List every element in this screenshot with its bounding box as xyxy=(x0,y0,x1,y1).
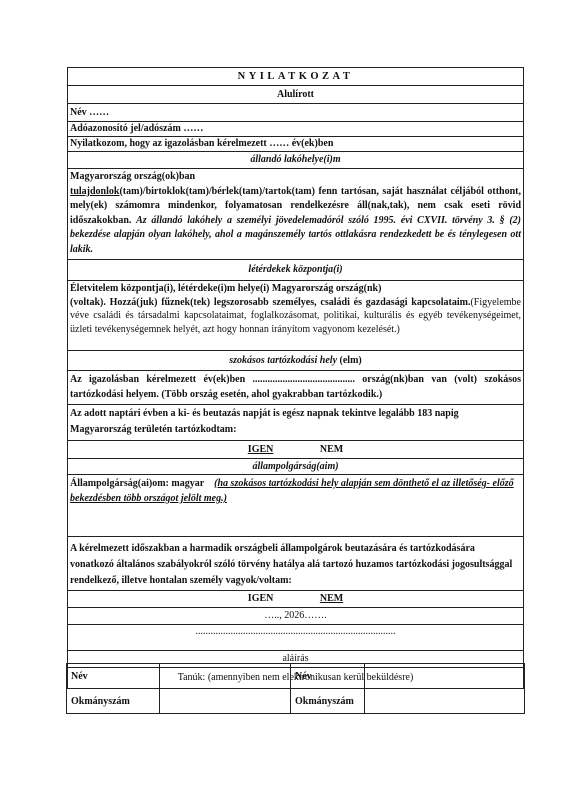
name-line[interactable]: Név …… xyxy=(68,104,523,122)
form-title: NYILATKOZAT xyxy=(68,68,523,86)
vital-interests-heading: létérdekek központja(i) xyxy=(68,260,523,281)
relations-word: kapcsolataim. xyxy=(411,297,470,308)
citizenship-label: Állampolgárság(ai)om: magyar xyxy=(70,478,204,489)
permanent-residence-section: Magyarország ország(ok)ban tulajdonlok(t… xyxy=(68,169,523,260)
witness1-id-field[interactable] xyxy=(160,689,291,714)
witness2-name-label: Név xyxy=(291,664,365,689)
undersigned-label: Alulírott xyxy=(68,86,523,104)
witness2-id-label: Okmányszám xyxy=(291,689,365,714)
witness1-id-label: Okmányszám xyxy=(67,689,160,714)
witness1-name-field[interactable] xyxy=(160,664,291,689)
table-row: Név Név xyxy=(67,664,525,689)
table-row: Okmányszám Okmányszám xyxy=(67,689,525,714)
permanent-residence-country: Magyarország ország(ok)ban xyxy=(70,170,521,185)
permanent-residence-legal-note: Az állandó lakóhely a személyi jövedelem… xyxy=(70,215,521,255)
answer1-yes[interactable]: IGEN xyxy=(248,442,274,457)
tax-id-line[interactable]: Adóazonosító jel/adószám …… xyxy=(68,122,523,137)
date-line[interactable]: ….., 2026……. xyxy=(68,608,523,625)
vital-interests-text: (voltak). Hozzá(juk) fűznek(tek) legszor… xyxy=(70,297,411,308)
declaration-line: Nyilatkozom, hogy az igazolásban kérelme… xyxy=(68,137,523,152)
permanent-residence-heading: állandó lakóhelye(i)m xyxy=(68,152,523,169)
witness1-name-label: Név xyxy=(67,664,160,689)
answer2-no[interactable]: NEM xyxy=(320,592,343,606)
witness-table: Név Név Okmányszám Okmányszám xyxy=(66,663,525,714)
vital-interests-section: Életvitelem központja(i), létérdeke(i)m … xyxy=(68,281,523,351)
citizenship-heading: állampolgárság(aim) xyxy=(68,459,523,475)
days-statement: Az adott naptári évben a ki- és beutazás… xyxy=(68,405,523,441)
habitual-abode-text: Az igazolásban kérelmezett év(ek)ben ...… xyxy=(68,371,523,405)
answer2-row: IGEN NEM xyxy=(68,591,523,608)
owned-word: tulajdonlok xyxy=(70,186,119,197)
witness2-id-field[interactable] xyxy=(365,689,525,714)
third-country-statement: A kérelmezett időszakban a harmadik orsz… xyxy=(68,537,523,591)
witness2-name-field[interactable] xyxy=(365,664,525,689)
signature-line[interactable]: ........................................… xyxy=(68,625,523,651)
declaration-form: NYILATKOZAT Alulírott Név …… Adóazonosít… xyxy=(67,67,524,689)
answer1-no[interactable]: NEM xyxy=(320,442,343,457)
answer1-row: IGEN NEM xyxy=(68,441,523,459)
vital-interests-line: Életvitelem központja(i), létérdeke(i)m … xyxy=(70,282,521,296)
citizenship-section: Állampolgárság(ai)om: magyar (ha szokáso… xyxy=(68,475,523,537)
habitual-abode-heading-suffix: (elm) xyxy=(337,355,362,366)
habitual-abode-heading: szokásos tartózkodási hely (elm) xyxy=(68,351,523,371)
habitual-abode-heading-text: szokásos tartózkodási hely xyxy=(229,355,337,366)
answer2-yes[interactable]: IGEN xyxy=(248,592,274,606)
